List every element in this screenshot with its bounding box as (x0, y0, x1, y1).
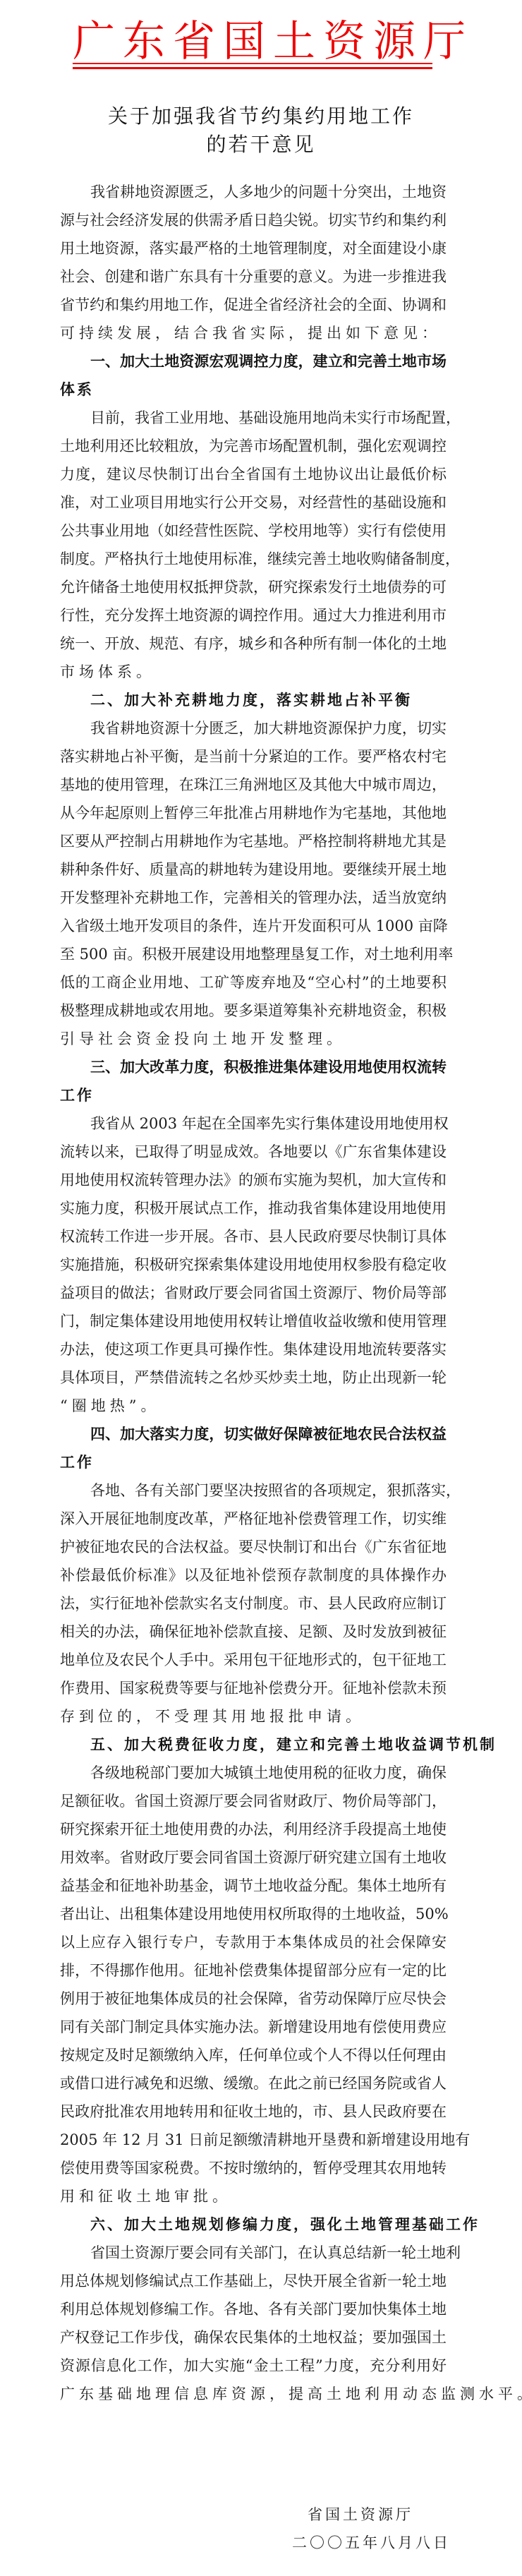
paragraph-line: 以上应存入银行专户，专款用于本集体成员的社会保障安 (60, 1928, 447, 1956)
paragraph-line: “圈地热”。 (60, 1392, 447, 1420)
paragraph-line: 补偿最低价标准》以及征地补偿预存款制度的具体操作办 (60, 1561, 447, 1589)
paragraph-line: 利用总体规划修编工作。各地、各有关部门要加快集体土地 (60, 2295, 447, 2323)
letterhead: 广东省国土资源厅 (73, 20, 432, 62)
paragraph-line: 源与社会经济发展的供需矛盾日趋尖锐。切实节约和集约利 (60, 206, 447, 234)
paragraph-line: 省节约和集约用地工作，促进全省经济社会的全面、协调和 (60, 291, 447, 319)
paragraph-line: 力度，建议尽快制订出台全省国有土地协议出让最低价标 (60, 460, 447, 488)
document-title-line-1: 关于加强我省节约集约用地工作 (0, 102, 522, 131)
paragraph-line: 排，不得挪作他用。征地补偿费集体提留部分应有一定的比 (60, 1956, 447, 1985)
paragraph-line: 土地利用还比较粗放，为完善市场配置机制，强化宏观调控 (60, 432, 447, 460)
paragraph-line: 允许储备土地使用权抵押贷款，研究探索发行土地债券的可 (60, 573, 447, 601)
paragraph-line: 各级地税部门要加大城镇土地使用税的征收力度，确保 (60, 1759, 447, 1787)
paragraph-line: 深入开展征地制度改革，严格征地补偿费管理工作，切实维 (60, 1505, 447, 1533)
paragraph-line: 我省从 2003 年起在全国率先实行集体建设用地使用权 (60, 1109, 447, 1138)
paragraph-line: 基地的使用管理，在珠江三角洲地区及其他大中城市周边， (60, 771, 447, 799)
paragraph-line: 我省耕地资源匮乏，人多地少的问题十分突出，土地资 (60, 178, 447, 206)
section-heading: 一、加大土地资源宏观调控力度，建立和完善土地市场体系 (60, 347, 447, 404)
paragraph-line: 耕种条件好、质量高的耕地转为建设用地。要继续开展土地 (60, 855, 447, 884)
paragraph-line: 相关的办法，确保征地补偿款直接、足额、及时发放到被征 (60, 1618, 447, 1646)
heading-line: 五、加大税费征收力度，建立和完善土地收益调节机制 (60, 1731, 447, 1759)
document-body: 我省耕地资源匮乏，人多地少的问题十分突出，土地资源与社会经济发展的供需矛盾日趋尖… (60, 178, 447, 2408)
heading-line: 工作 (60, 1081, 447, 1109)
letterhead-org-name: 广东省国土资源厅 (73, 20, 432, 62)
paragraph-line: 实施力度，积极开展试点工作，推动我省集体建设用地使用 (60, 1194, 447, 1222)
paragraph-line: 具体项目，严禁借流转之名炒买炒卖土地，防止出现新一轮 (60, 1364, 447, 1392)
section-heading: 三、加大改革力度，积极推进集体建设用地使用权流转工作 (60, 1053, 447, 1109)
paragraph: 我省从 2003 年起在全国率先实行集体建设用地使用权流转以来，已取得了明显成效… (60, 1109, 447, 1420)
paragraph-line: 制度。严格执行土地使用标准，继续完善土地收购储备制度， (60, 545, 447, 573)
paragraph-line: 用土地资源，落实最严格的土地管理制度，对全面建设小康 (60, 234, 447, 263)
paragraph-line: 地单位及农民个人手中。采用包干征地形式的，包干征地工 (60, 1646, 447, 1674)
paragraph-line: 流转以来，已取得了明显成效。各地要以《广东省集体建设 (60, 1138, 447, 1166)
paragraph-line: 用地使用权流转管理办法》的颁布实施为契机，加大宣传和 (60, 1166, 447, 1194)
heading-line: 工作 (60, 1448, 447, 1476)
paragraph-line: 益基金和征地补助基金，调节土地收益分配。集体土地所有 (60, 1872, 447, 1900)
paragraph-line: 行性，充分发挥土地资源的调控作用。通过大力推进利用市 (60, 601, 447, 630)
paragraph-line: 用和征收土地审批。 (60, 2182, 447, 2210)
paragraph-line: 社会、创建和谐广东具有十分重要的意义。为进一步推进我 (60, 263, 447, 291)
paragraph-line: 偿使用费等国家税费。不按时缴纳的，暂停受理其农用地转 (60, 2154, 447, 2182)
paragraph-line: 引导社会资金投向土地开发整理。 (60, 1025, 447, 1053)
paragraph-line: 权流转工作进一步开展。各市、县人民政府要尽快制订具体 (60, 1222, 447, 1251)
paragraph-line: 省国土资源厅要会同有关部门，在认真总结新一轮土地利 (60, 2239, 447, 2267)
paragraph-line: 目前，我省工业用地、基础设施用地尚未实行市场配置， (60, 404, 447, 432)
paragraph-line: 资源信息化工作，加大实施“金土工程”力度，充分利用好 (60, 2352, 447, 2380)
heading-line: 三、加大改革力度，积极推进集体建设用地使用权流转 (60, 1053, 447, 1081)
paragraph-line: 作费用、国家税费等要与征地补偿费分开。征地补偿款未预 (60, 1674, 447, 1702)
section-heading: 二、加大补充耕地力度，落实耕地占补平衡 (60, 686, 447, 714)
paragraph-line: 足额征收。省国土资源厅要会同省财政厅、物价局等部门， (60, 1787, 447, 1815)
paragraph-line: 落实耕地占补平衡，是当前十分紧迫的工作。要严格农村宅 (60, 742, 447, 771)
paragraph-line: 法，实行征地补偿款实名支付制度。市、县人民政府应制订 (60, 1589, 447, 1618)
document-title-line-2: 的若干意见 (0, 131, 522, 159)
signature-date: 二〇〇五年八月八日 (292, 2529, 451, 2557)
paragraph: 省国土资源厅要会同有关部门，在认真总结新一轮土地利用总体规划修编试点工作基础上，… (60, 2239, 447, 2408)
paragraph-line: 例用于被征地集体成员的社会保障，省劳动保障厅应尽快会 (60, 1985, 447, 2013)
paragraph-line: 入省级土地开发项目的条件，连片开发面积可从 1000 亩降 (60, 912, 447, 940)
letterhead-rule-thin (73, 63, 432, 64)
paragraph-line: 产权登记工作步伐，确保农民集体的土地权益；要加强国土 (60, 2323, 447, 2352)
heading-line: 四、加大落实力度，切实做好保障被征地农民合法权益 (60, 1420, 447, 1448)
paragraph-line: 广东基础地理信息库资源，提高土地利用动态监测水平。 (60, 2380, 447, 2408)
paragraph-line: 存到位的，不受理其用地报批申请。 (60, 1702, 447, 1731)
paragraph-line: 至 500 亩。积极开展建设用地整理垦复工作，对土地利用率 (60, 940, 447, 968)
paragraph-line: 低的工商企业用地、工矿等废弃地及“空心村”的土地要积 (60, 968, 447, 997)
paragraph-line: 开发整理补充耕地工作，完善相关的管理办法，适当放宽纳 (60, 884, 447, 912)
paragraph-line: 统一、开放、规范、有序，城乡和各种所有制一体化的土地 (60, 630, 447, 658)
paragraph-line: 民政府批准农用地转用和征收土地的，市、县人民政府要在 (60, 2097, 447, 2126)
paragraph-line: 从今年起原则上暂停三年批准占用耕地作为宅基地，其他地 (60, 799, 447, 827)
paragraph-line: 益项目的做法；省财政厅要会同省国土资源厅、物价局等部 (60, 1279, 447, 1307)
paragraph-line: 我省耕地资源十分匮乏，加大耕地资源保护力度，切实 (60, 714, 447, 742)
paragraph-line: 用效率。省财政厅要会同省国土资源厅研究建立国有土地收 (60, 1843, 447, 1872)
paragraph: 各级地税部门要加大城镇土地使用税的征收力度，确保足额征收。省国土资源厅要会同省财… (60, 1759, 447, 2210)
paragraph-line: 可持续发展，结合我省实际，提出如下意见： (60, 319, 447, 347)
heading-line: 体系 (60, 375, 447, 404)
paragraph-line: 准，对工业项目用地实行公开交易，对经营性的基础设施和 (60, 488, 447, 517)
paragraph-line: 按规定及时足额缴纳入库，任何单位或个人不得以任何理由 (60, 2041, 447, 2069)
paragraph-line: 市场体系。 (60, 658, 447, 686)
letterhead-rule-thick (73, 67, 432, 69)
signature-issuer: 省国土资源厅 (308, 2500, 413, 2529)
paragraph-line: 同有关部门制定具体实施办法。新增建设用地有偿使用费应 (60, 2013, 447, 2041)
paragraph-line: 2005 年 12 月 31 日前足额缴清耕地开垦费和新增建设用地有 (60, 2126, 447, 2154)
paragraph-line: 者出让、出租集体建设用地使用权所取得的土地收益，50% (60, 1900, 447, 1928)
paragraph-line: 用总体规划修编试点工作基础上，尽快开展全省新一轮土地 (60, 2267, 447, 2295)
paragraph-line: 各地、各有关部门要坚决按照省的各项规定，狠抓落实， (60, 1476, 447, 1505)
section-heading: 五、加大税费征收力度，建立和完善土地收益调节机制 (60, 1731, 447, 1759)
paragraph-line: 公共事业用地（如经营性医院、学校用地等）实行有偿使用 (60, 517, 447, 545)
paragraph-line: 实施措施，积极研究探索集体建设用地使用权参股有稳定收 (60, 1251, 447, 1279)
heading-line: 一、加大土地资源宏观调控力度，建立和完善土地市场 (60, 347, 447, 375)
paragraph-line: 护被征地农民的合法权益。要尽快制订和出台《广东省征地 (60, 1533, 447, 1561)
paragraph-line: 门，制定集体建设用地使用权转让增值收益收缴和使用管理 (60, 1307, 447, 1335)
paragraph-line: 研究探索开征土地使用费的办法，利用经济手段提高土地使 (60, 1815, 447, 1843)
heading-line: 六、加大土地规划修编力度，强化土地管理基础工作 (60, 2210, 447, 2239)
paragraph-line: 区要从严控制占用耕地作为宅基地。严格控制将耕地尤其是 (60, 827, 447, 855)
paragraph-line: 办法，使这项工作更具可操作性。集体建设用地流转要落实 (60, 1335, 447, 1364)
paragraph: 我省耕地资源十分匮乏，加大耕地资源保护力度，切实落实耕地占补平衡，是当前十分紧迫… (60, 714, 447, 1053)
paragraph: 我省耕地资源匮乏，人多地少的问题十分突出，土地资源与社会经济发展的供需矛盾日趋尖… (60, 178, 447, 347)
paragraph-line: 或借口进行减免和迟缴、缓缴。在此之前已经国务院或省人 (60, 2069, 447, 2097)
section-heading: 四、加大落实力度，切实做好保障被征地农民合法权益工作 (60, 1420, 447, 1476)
paragraph: 目前，我省工业用地、基础设施用地尚未实行市场配置，土地利用还比较粗放，为完善市场… (60, 404, 447, 686)
heading-line: 二、加大补充耕地力度，落实耕地占补平衡 (60, 686, 447, 714)
section-heading: 六、加大土地规划修编力度，强化土地管理基础工作 (60, 2210, 447, 2239)
paragraph-line: 极整理成耕地或农用地。要多渠道筹集补充耕地资金，积极 (60, 997, 447, 1025)
paragraph: 各地、各有关部门要坚决按照省的各项规定，狠抓落实，深入开展征地制度改革，严格征地… (60, 1476, 447, 1731)
